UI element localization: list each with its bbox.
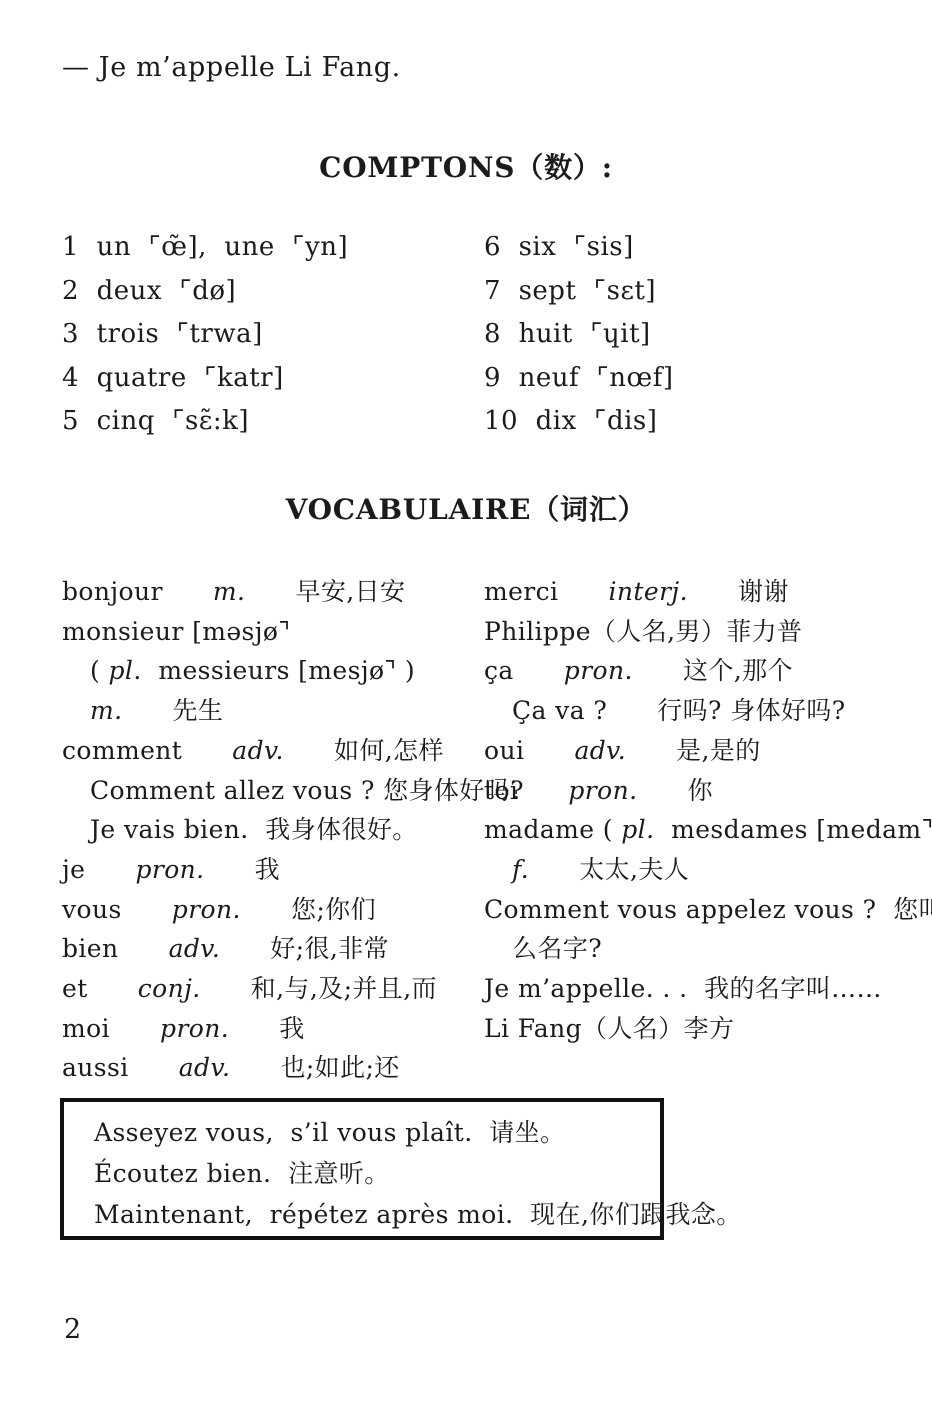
pos-abbreviation: pron. [172,895,241,924]
pos-abbreviation: pl. [109,656,142,685]
classroom-phrases-box: Asseyez vous, s’il vous plaît. 请坐。Écoute… [60,1098,664,1240]
vocab-text: 这个,那个 [633,656,793,685]
pos-abbreviation: pl. [621,815,654,844]
vocab-line: monsieur [məsjø⌝ [62,612,482,652]
vocab-line: Li Fang（人名）李方 [484,1009,929,1049]
pos-abbreviation: pron. [564,656,633,685]
vocab-list-left: bonjour m. 早安,日安monsieur [məsjø⌝( pl. me… [62,572,482,1088]
vocab-line: Ça va ? 行吗? 身体好吗? [484,691,929,731]
textbook-page: — Je m’appelle Li Fang. COMPTONS（数）: 1 u… [0,0,932,1413]
vocab-text: 太太,夫人 [529,855,689,884]
pos-abbreviation: adv. [169,934,221,963]
vocab-line: ( pl. messieurs [mesjø⌝ ) [62,651,482,691]
pos-abbreviation: m. [213,577,245,606]
vocab-text: bonjour [62,577,213,606]
counting-item: 2 deux ⌜dø] [62,270,348,314]
vocab-text: moi [62,1014,160,1043]
vocab-line: moi pron. 我 [62,1009,482,1049]
vocab-text: bien [62,934,169,963]
vocab-line: m. 先生 [62,691,482,731]
vocab-line: bien adv. 好;很,非常 [62,929,482,969]
vocab-line: Je m’appelle. . . 我的名字叫…… [484,969,929,1009]
pos-abbreviation: adv. [179,1053,231,1082]
vocab-text: 如何,怎样 [284,736,444,765]
vocab-text: monsieur [məsjø⌝ [62,617,290,646]
vocab-list-right: merci interj. 谢谢Philippe（人名,男）菲力普ça pron… [484,572,929,1048]
counting-item: 9 neuf ⌜nœf] [484,357,674,401]
vocab-text: aussi [62,1053,179,1082]
vocab-text: ça [484,656,564,685]
vocab-text: 和,与,及;并且,而 [201,974,437,1003]
vocab-text: 是,是的 [626,736,761,765]
page-number: 2 [64,1314,81,1345]
vocab-line: f. 太太,夫人 [484,850,929,890]
pos-abbreviation: f. [512,855,529,884]
pos-abbreviation: m. [90,696,122,725]
vocab-line: je pron. 我 [62,850,482,890]
counting-item: 1 un ⌜œ̃], une ⌜yn] [62,226,348,270]
vocab-text: 你 [637,776,712,805]
vocab-line: 么名字? [484,929,929,969]
vocab-text: Je vais bien. 我身体很好。 [90,815,418,844]
vocab-line: Philippe（人名,男）菲力普 [484,612,929,652]
vocab-line: ça pron. 这个,那个 [484,651,929,691]
pos-abbreviation: conj. [138,974,201,1003]
pos-abbreviation: adv. [232,736,284,765]
vocab-line: vous pron. 您;你们 [62,890,482,930]
pos-abbreviation: interj. [609,577,688,606]
counting-item: 8 huit ⌜ɥit] [484,313,674,357]
comptons-heading: COMPTONS（数）: [0,146,932,186]
vocab-text: messieurs [mesjø⌝ ) [142,656,415,685]
vocabulaire-heading: VOCABULAIRE（词汇） [0,488,932,528]
vocab-text: 我 [205,855,280,884]
vocab-line: madame ( pl. mesdames [medam⌝ ) [484,810,929,850]
vocab-text: 您;你们 [241,895,376,924]
vocab-text: et [62,974,138,1003]
vocab-text: 谢谢 [688,577,789,606]
vocab-text: Comment vous appelez vous ? 您叫什 [484,895,932,924]
pos-abbreviation: pron. [135,855,204,884]
counting-list-left: 1 un ⌜œ̃], une ⌜yn]2 deux ⌜dø]3 trois ⌜t… [62,226,348,444]
vocab-line: Comment vous appelez vous ? 您叫什 [484,890,929,930]
phrase-line: Maintenant, répétez après moi. 现在,你们跟我念。 [94,1194,660,1235]
vocab-text: 我 [229,1014,304,1043]
vocab-text: je [62,855,135,884]
vocab-text: vous [62,895,172,924]
vocab-text: ( [90,656,109,685]
vocab-text: toi [484,776,568,805]
vocab-line: Comment allez vous ? 您身体好吗? [62,771,482,811]
pos-abbreviation: adv. [574,736,626,765]
counting-item: 6 six ⌜sis] [484,226,674,270]
counting-item: 4 quatre ⌜katr] [62,357,348,401]
vocab-text: Comment allez vous ? 您身体好吗? [90,776,524,805]
counting-item: 3 trois ⌜trwa] [62,313,348,357]
vocab-line: toi pron. 你 [484,771,929,811]
counting-item: 5 cinq ⌜sɛ̃:k] [62,400,348,444]
vocab-text: merci [484,577,609,606]
vocab-line: Je vais bien. 我身体很好。 [62,810,482,850]
phrase-line: Écoutez bien. 注意听。 [94,1153,660,1194]
pos-abbreviation: pron. [568,776,637,805]
vocab-line: comment adv. 如何,怎样 [62,731,482,771]
phrase-line: Asseyez vous, s’il vous plaît. 请坐。 [94,1112,660,1153]
vocab-line: et conj. 和,与,及;并且,而 [62,969,482,1009]
vocab-text: 好;很,非常 [220,934,389,963]
vocab-text: oui [484,736,574,765]
vocab-text: madame ( [484,815,621,844]
vocab-text: 也;如此;还 [230,1053,399,1082]
vocab-line: aussi adv. 也;如此;还 [62,1048,482,1088]
vocab-text: mesdames [medam⌝ ) [654,815,932,844]
vocab-text: comment [62,736,232,765]
counting-item: 7 sept ⌜sɛt] [484,270,674,314]
vocab-text: Philippe（人名,男）菲力普 [484,617,802,646]
vocab-line: bonjour m. 早安,日安 [62,572,482,612]
dialogue-line: — Je m’appelle Li Fang. [62,52,401,83]
counting-list-right: 6 six ⌜sis]7 sept ⌜sɛt]8 huit ⌜ɥit]9 neu… [484,226,674,444]
vocab-text: Li Fang（人名）李方 [484,1014,734,1043]
vocab-line: oui adv. 是,是的 [484,731,929,771]
pos-abbreviation: pron. [160,1014,229,1043]
counting-item: 10 dix ⌜dis] [484,400,674,444]
vocab-text: 早安,日安 [245,577,405,606]
vocab-text: 么名字? [512,934,602,963]
vocab-line: merci interj. 谢谢 [484,572,929,612]
vocab-text: 先生 [122,696,223,725]
vocab-text: Je m’appelle. . . 我的名字叫…… [484,974,882,1003]
vocab-text: Ça va ? 行吗? 身体好吗? [512,696,846,725]
